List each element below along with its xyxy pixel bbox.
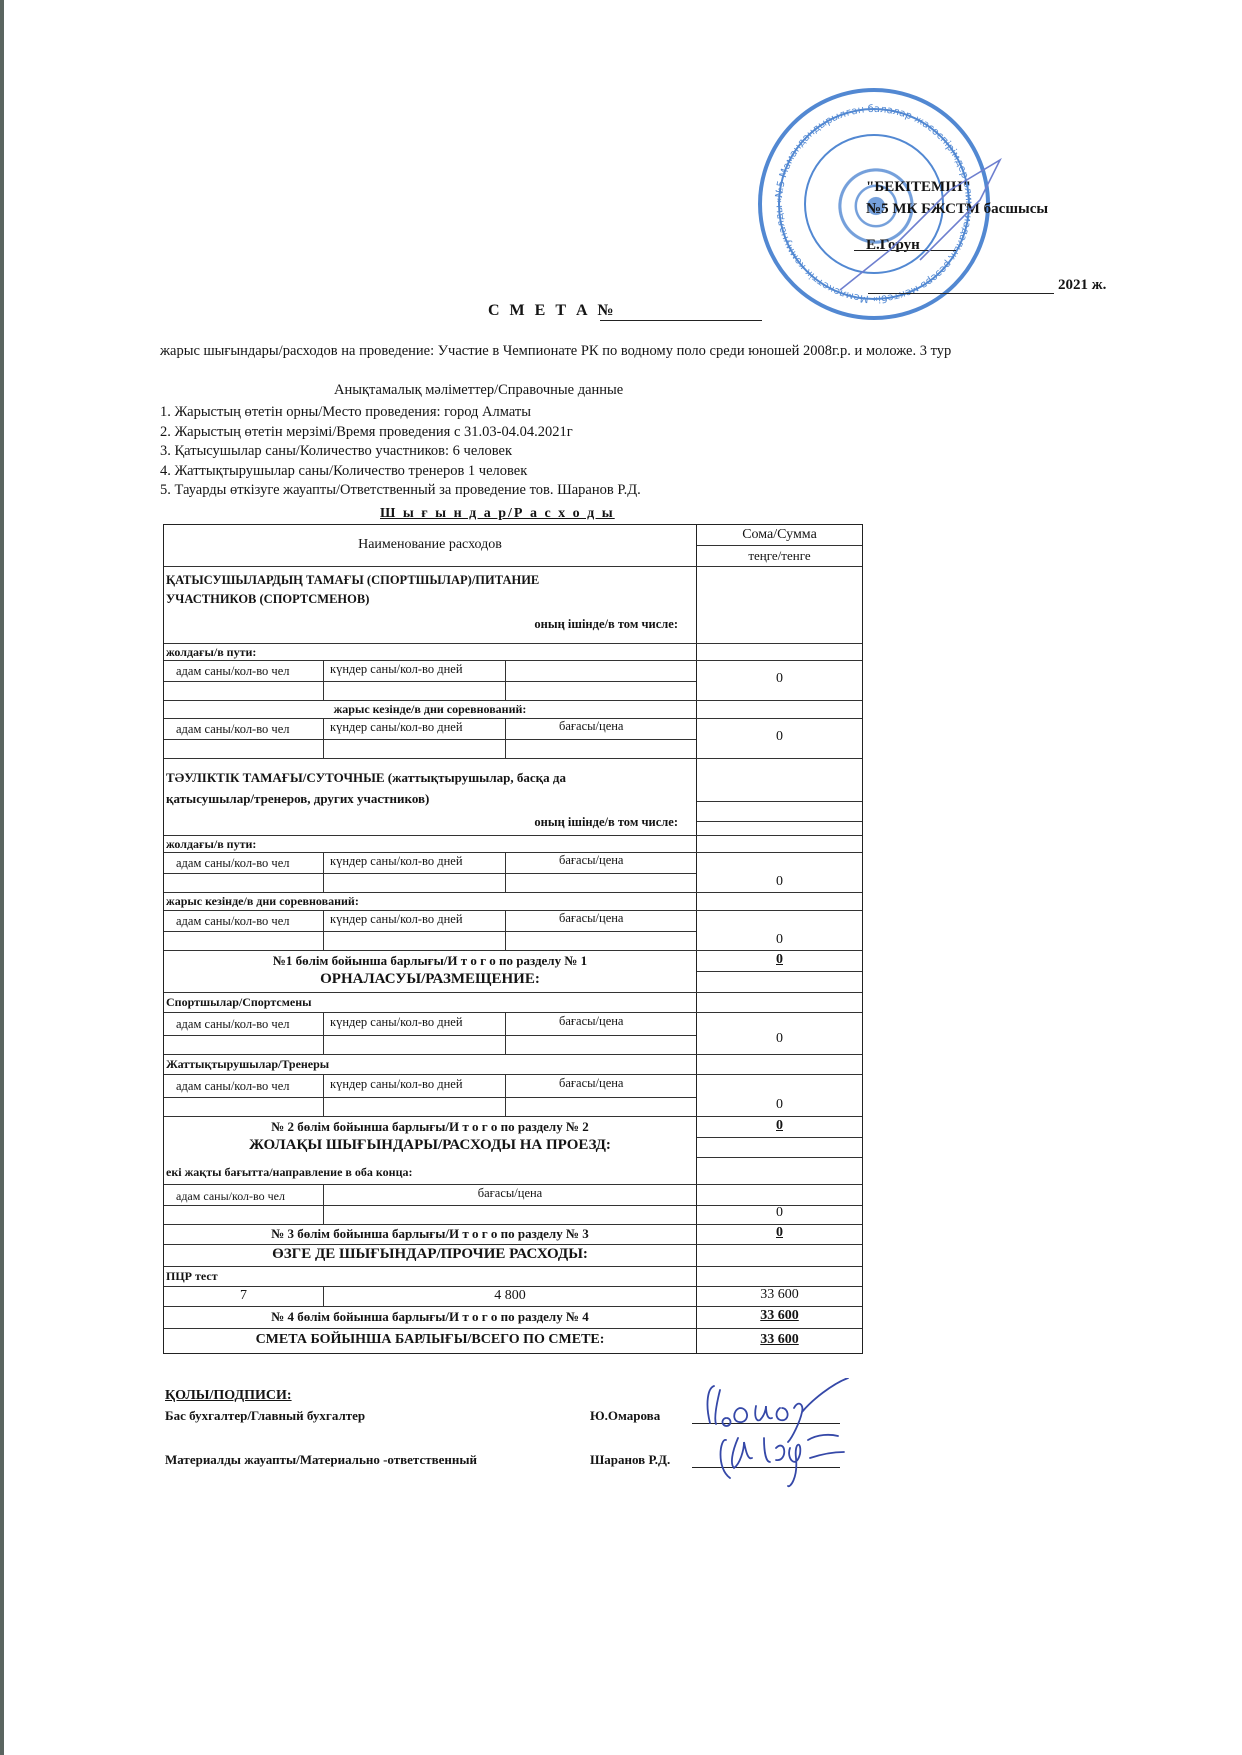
approval-year: 2021 ж.	[1058, 277, 1106, 294]
section4-total: 33 600	[697, 1308, 862, 1324]
section1-total: 0	[697, 952, 862, 968]
competition-label: жарыс кезінде/в дни соревнований:	[164, 702, 696, 717]
daily-road-sum: 0	[697, 874, 862, 890]
athletes-sum: 0	[697, 1031, 862, 1047]
section3-total: 0	[697, 1225, 862, 1241]
daily-road-detail-row: адам саны/кол-во чел күндер саны/кол-во …	[164, 853, 862, 893]
daily-road-row: жолдағы/в пути:	[164, 836, 862, 853]
on-road-label: жолдағы/в пути:	[166, 837, 256, 852]
competition-sum: 0	[697, 729, 862, 745]
travel-detail-row: адам саны/кол-во чел бағасы/цена 0	[164, 1185, 862, 1225]
section3-total-label: № 3 бөлім бойынша барлығы/И т о г о по р…	[164, 1226, 696, 1242]
document-title: С М Е Т А №	[488, 302, 617, 320]
header-sum: Сома/Сумма	[697, 527, 862, 543]
signature-role: Бас бухгалтер/Главный бухгалтер	[165, 1408, 365, 1424]
grand-total-row: СМЕТА БОЙЫНША БАРЛЫҒЫ/ВСЕГО ПО СМЕТЕ: 33…	[164, 1329, 862, 1353]
people-label: адам саны/кол-во чел	[176, 914, 290, 929]
reference-item: 2. Жарыстың өтетін мерзімі/Время проведе…	[160, 423, 641, 443]
pcr-price: 4 800	[324, 1288, 696, 1304]
price-label: бағасы/цена	[559, 1076, 623, 1091]
on-road-label: жолдағы/в пути:	[166, 645, 256, 660]
section2-total: 0	[697, 1118, 862, 1134]
section1-title-2: УЧАСТНИКОВ (СПОРТСМЕНОВ)	[166, 592, 369, 607]
section1-title: ҚАТЫСУШЫЛАРДЫҢ ТАМАҒЫ (СПОРТШЫЛАР)/ПИТАН…	[166, 573, 539, 588]
header-currency: теңге/тенге	[697, 548, 862, 564]
including-label: оның ішінде/в том числе:	[534, 617, 678, 632]
grand-total: 33 600	[697, 1332, 862, 1348]
section1-total-row: №1 бөлім бойынша барлығы/И т о г о по ра…	[164, 951, 862, 993]
table-header: Наименование расходов Сома/Сумма теңге/т…	[164, 525, 862, 567]
approver-signature	[830, 150, 1030, 300]
section1-total-label: №1 бөлім бойынша барлығы/И т о г о по ра…	[164, 953, 696, 969]
reference-item: 1. Жарыстың өтетін орны/Место проведения…	[160, 403, 641, 423]
signature-name: Шаранов Р.Д.	[590, 1452, 670, 1468]
reference-item: 4. Жаттықтырушылар саны/Количество трене…	[160, 462, 641, 482]
section3-total-row: № 3 бөлім бойынша барлығы/И т о г о по р…	[164, 1225, 862, 1245]
section1-title-row: ҚАТЫСУШЫЛАРДЫҢ ТАМАҒЫ (СПОРТШЫЛАР)/ПИТАН…	[164, 567, 862, 644]
daily-competition-detail-row: адам саны/кол-во чел күндер саны/кол-во …	[164, 911, 862, 951]
people-label: адам саны/кол-во чел	[176, 1017, 290, 1032]
reference-title: Анықтамалық мәліметтер/Справочные данные	[334, 382, 623, 399]
people-label: адам саны/кол-во чел	[176, 1189, 285, 1204]
competition-row: жарыс кезінде/в дни соревнований:	[164, 701, 862, 719]
days-label: күндер саны/кол-во дней	[330, 854, 463, 869]
daily-competition-row: жарыс кезінде/в дни соревнований:	[164, 893, 862, 911]
reference-item: 3. Қатысушылар саны/Количество участнико…	[160, 442, 641, 462]
section2-title: ОРНАЛАСУЫ/РАЗМЕЩЕНИЕ:	[164, 971, 696, 988]
daily-competition-sum: 0	[697, 932, 862, 948]
section2-total-label: № 2 бөлім бойынша барлығы/И т о г о по р…	[164, 1119, 696, 1135]
on-road-row: жолдағы/в пути:	[164, 644, 862, 661]
people-label: адам саны/кол-во чел	[176, 1079, 290, 1094]
coaches-sum: 0	[697, 1097, 862, 1113]
section4-total-row: № 4 бөлім бойынша барлығы/И т о г о по р…	[164, 1307, 862, 1329]
pcr-sum: 33 600	[697, 1287, 862, 1303]
signature-role: Материалды жауапты/Материально -ответств…	[165, 1452, 477, 1468]
travel-sum: 0	[697, 1205, 862, 1221]
header-name: Наименование расходов	[164, 537, 696, 553]
grand-total-label: СМЕТА БОЙЫНША БАРЛЫҒЫ/ВСЕГО ПО СМЕТЕ:	[164, 1332, 696, 1348]
athletes-row: Спортшылар/Спортсмены	[164, 993, 862, 1013]
section4-title-row: ӨЗГЕ ДЕ ШЫҒЫНДАР/ПРОЧИЕ РАСХОДЫ:	[164, 1245, 862, 1267]
reference-list: 1. Жарыстың өтетін орны/Место проведения…	[160, 403, 641, 501]
signatures-title: ҚОЛЫ/ПОДПИСИ:	[165, 1388, 292, 1404]
pcr-label: ПЦР тест	[166, 1269, 218, 1284]
smeta-number-line	[600, 320, 762, 321]
section4-title: ӨЗГЕ ДЕ ШЫҒЫНДАР/ПРОЧИЕ РАСХОДЫ:	[164, 1246, 696, 1263]
days-label: күндер саны/кол-во дней	[330, 1077, 463, 1092]
athletes-label: Спортшылар/Спортсмены	[166, 995, 311, 1010]
pcr-row: ПЦР тест	[164, 1267, 862, 1287]
road-sum: 0	[697, 671, 862, 687]
scan-edge	[0, 0, 4, 1755]
people-label: адам саны/кол-во чел	[176, 722, 290, 737]
handwritten-signatures	[690, 1378, 870, 1488]
expenses-title: Ш ы ғ ы н д а р/Р а с х о д ы	[380, 506, 615, 522]
price-label: бағасы/цена	[324, 1186, 696, 1201]
people-label: адам саны/кол-во чел	[176, 664, 290, 679]
section3-title: ЖОЛАҚЫ ШЫҒЫНДАРЫ/РАСХОДЫ НА ПРОЕЗД:	[164, 1137, 696, 1154]
price-label: бағасы/цена	[559, 719, 623, 734]
reference-item: 5. Тауарды өткізуге жауапты/Ответственны…	[160, 481, 641, 501]
days-label: күндер саны/кол-во дней	[330, 662, 463, 677]
daily-title-row: ТӘУЛІКТІК ТАМАҒЫ/СУТОЧНЫЕ (жаттықтырушыл…	[164, 759, 862, 836]
pcr-qty: 7	[164, 1288, 323, 1304]
coaches-row: Жаттықтырушылар/Тренеры	[164, 1055, 862, 1075]
days-label: күндер саны/кол-во дней	[330, 1015, 463, 1030]
price-label: бағасы/цена	[559, 911, 623, 926]
signature-name: Ю.Омарова	[590, 1408, 660, 1424]
competition-detail-row: адам саны/кол-во чел күндер саны/кол-во …	[164, 719, 862, 759]
competition-label: жарыс кезінде/в дни соревнований:	[166, 894, 359, 909]
including-label: оның ішінде/в том числе:	[534, 815, 678, 830]
people-label: адам саны/кол-во чел	[176, 856, 290, 871]
daily-title-2: қатысушылар/тренеров, других участников)	[166, 791, 429, 807]
section4-total-label: № 4 бөлім бойынша барлығы/И т о г о по р…	[164, 1309, 696, 1325]
daily-title: ТӘУЛІКТІК ТАМАҒЫ/СУТОЧНЫЕ (жаттықтырушыл…	[166, 770, 566, 786]
days-label: күндер саны/кол-во дней	[330, 912, 463, 927]
coaches-label: Жаттықтырушылар/Тренеры	[166, 1057, 329, 1072]
pcr-detail-row: 7 4 800 33 600	[164, 1287, 862, 1307]
price-label: бағасы/цена	[559, 853, 623, 868]
on-road-detail-row: адам саны/кол-во чел күндер саны/кол-во …	[164, 661, 862, 701]
athletes-detail-row: адам саны/кол-во чел күндер саны/кол-во …	[164, 1013, 862, 1055]
purpose-text: жарыс шығындары/расходов на проведение: …	[160, 343, 951, 360]
days-label: күндер саны/кол-во дней	[330, 720, 463, 735]
coaches-detail-row: адам саны/кол-во чел күндер саны/кол-во …	[164, 1075, 862, 1117]
section2-total-row: № 2 бөлім бойынша барлығы/И т о г о по р…	[164, 1117, 862, 1185]
price-label: бағасы/цена	[559, 1014, 623, 1029]
direction-label: екі жақты бағытта/направление в оба конц…	[166, 1165, 412, 1180]
expenses-table: Наименование расходов Сома/Сумма теңге/т…	[163, 524, 863, 1354]
